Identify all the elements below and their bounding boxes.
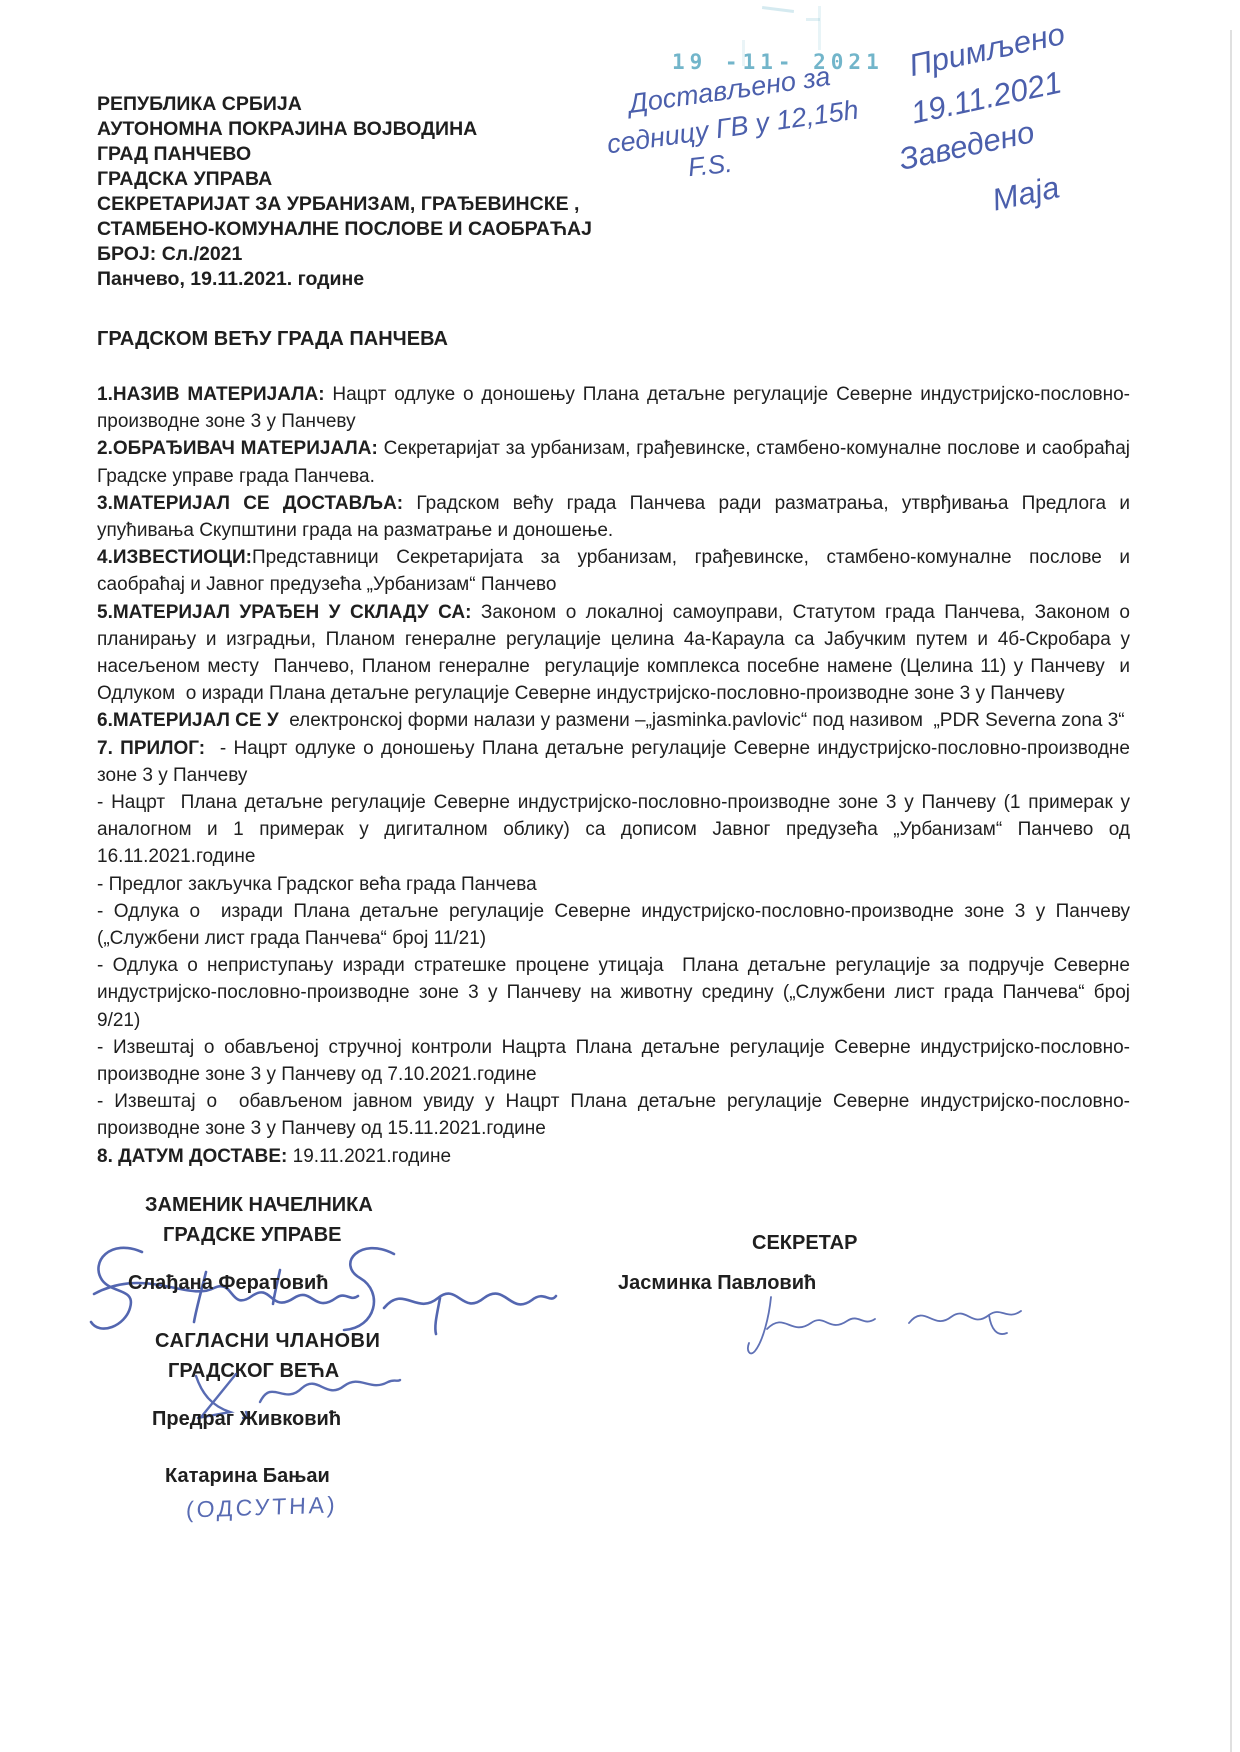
- paragraph-text: - Предлог закључка Градског већа града П…: [97, 874, 537, 895]
- paragraph-text: електронској форми налази у размени –„ja…: [279, 710, 1125, 731]
- scanned-document-page: 19 -11- 2021 Достављено за седницу ГВ у …: [0, 0, 1240, 1752]
- document-body: 1.НАЗИВ МАТЕРИЈАЛА: Нацрт одлуке о донош…: [97, 381, 1130, 1170]
- paragraph-label: 6.МАТЕРИЈАЛ СЕ У: [97, 710, 279, 731]
- letterhead-date: Панчево, 19.11.2021. године: [97, 267, 1130, 292]
- paragraph-5: 5.МАТЕРИЈАЛ УРАЂЕН У СКЛАДУ СА: Законом …: [97, 599, 1130, 708]
- name-zivkovic: Предраг Живковић: [152, 1408, 341, 1431]
- document-content: РЕПУБЛИКА СРБИЈА АУТОНОМНА ПОКРАЈИНА ВОЈ…: [0, 0, 1240, 1170]
- handwritten-absent-note: (ОДСУТНА): [186, 1491, 339, 1523]
- letterhead-line: СЕКРЕТАРИЈАТ ЗА УРБАНИЗАМ, ГРАЂЕВИНСКЕ ,: [97, 192, 1130, 217]
- attachment-item: - Извештај о обављеној стручној контроли…: [97, 1034, 1130, 1088]
- letterhead-line: АУТОНОМНА ПОКРАЈИНА ВОЈВОДИНА: [97, 117, 1130, 142]
- signature-pavlovic: [737, 1287, 1027, 1365]
- letterhead-line: ГРАД ПАНЧЕВО: [97, 142, 1130, 167]
- paragraph-1: 1.НАЗИВ МАТЕРИЈАЛА: Нацрт одлуке о донош…: [97, 381, 1130, 435]
- name-banjai: Катарина Бањаи: [165, 1465, 330, 1488]
- paragraph-label: 3.МАТЕРИЈАЛ СЕ ДОСТАВЉА:: [97, 493, 403, 514]
- attachment-item: - Предлог закључка Градског већа града П…: [97, 871, 1130, 898]
- paragraph-7: 7. ПРИЛОГ: - Нацрт одлуке о доношењу Пла…: [97, 735, 1130, 789]
- paragraph-text: - Одлука о изради Плана детаљне регулаци…: [97, 901, 1141, 949]
- paragraph-8: 8. ДАТУМ ДОСТАВЕ: 19.11.2021.године: [97, 1143, 1130, 1170]
- letterhead-line: ГРАДСКА УПРАВА: [97, 167, 1130, 192]
- paragraph-label: 4.ИЗВЕСТИОЦИ:: [97, 547, 252, 568]
- paragraph-label: 2.ОБРАЂИВАЧ МАТЕРИЈАЛА:: [97, 438, 378, 459]
- page-scan-edge: [1230, 30, 1232, 1752]
- attachment-item: - Одлука о изради Плана детаљне регулаци…: [97, 898, 1130, 952]
- paragraph-text: - Извештај о обављеном јавном увиду у На…: [97, 1091, 1130, 1139]
- paragraph-text: Представници Секретаријата за урбанизам,…: [97, 547, 1135, 595]
- paragraph-text: 19.11.2021.године: [287, 1146, 451, 1167]
- paragraph-3: 3.МАТЕРИЈАЛ СЕ ДОСТАВЉА: Градском већу г…: [97, 490, 1130, 544]
- signature-zone: ЗАМЕНИК НАЧЕЛНИКА ГРАДСКЕ УПРАВЕ СЕКРЕТА…: [0, 1184, 1240, 1564]
- recipient-title: ГРАДСКОМ ВЕЋУ ГРАДА ПАНЧЕВА: [97, 328, 1130, 351]
- attachment-item: - Одлука о неприступању изради стратешке…: [97, 952, 1130, 1034]
- paragraph-text: - Извештај о обављеној стручној контроли…: [97, 1037, 1130, 1085]
- council-members-line1: САГЛАСНИ ЧЛАНОВИ: [155, 1330, 380, 1353]
- letterhead-line: СТАМБЕНО-КОМУНАЛНЕ ПОСЛОВЕ И САОБРАЋАЈ: [97, 217, 1130, 242]
- letterhead: РЕПУБЛИКА СРБИЈА АУТОНОМНА ПОКРАЈИНА ВОЈ…: [97, 92, 1130, 292]
- attachment-item: - Нацрт Плана детаљне регулације Северне…: [97, 789, 1130, 871]
- role-secretary: СЕКРЕТАР: [752, 1232, 857, 1255]
- letterhead-line: РЕПУБЛИКА СРБИЈА: [97, 92, 1130, 117]
- paragraph-text: - Нацрт Плана детаљне регулације Северне…: [97, 792, 1135, 867]
- paragraph-text: - Одлука о неприступању изради стратешке…: [97, 955, 1135, 1030]
- letterhead-number: БРОЈ: Сл./2021: [97, 242, 1130, 267]
- paragraph-label: 1.НАЗИВ МАТЕРИЈАЛА:: [97, 384, 325, 405]
- paragraph-text: - Нацрт одлуке о доношењу Плана детаљне …: [97, 738, 1135, 786]
- name-feratovic: Слађана Фератовић: [128, 1272, 328, 1295]
- paragraph-label: 7. ПРИЛОГ:: [97, 738, 205, 759]
- paragraph-label: 8. ДАТУМ ДОСТАВЕ:: [97, 1146, 287, 1167]
- paragraph-2: 2.ОБРАЂИВАЧ МАТЕРИЈАЛА: Секретаријат за …: [97, 435, 1130, 489]
- paragraph-4: 4.ИЗВЕСТИОЦИ:Представници Секретаријата …: [97, 544, 1130, 598]
- paragraph-label: 5.МАТЕРИЈАЛ УРАЂЕН У СКЛАДУ СА:: [97, 602, 471, 623]
- paragraph-6: 6.МАТЕРИЈАЛ СЕ У електронској форми нала…: [97, 707, 1130, 734]
- attachment-item: - Извештај о обављеном јавном увиду у На…: [97, 1088, 1130, 1142]
- role-deputy-head-line1: ЗАМЕНИК НАЧЕЛНИКА: [145, 1194, 373, 1217]
